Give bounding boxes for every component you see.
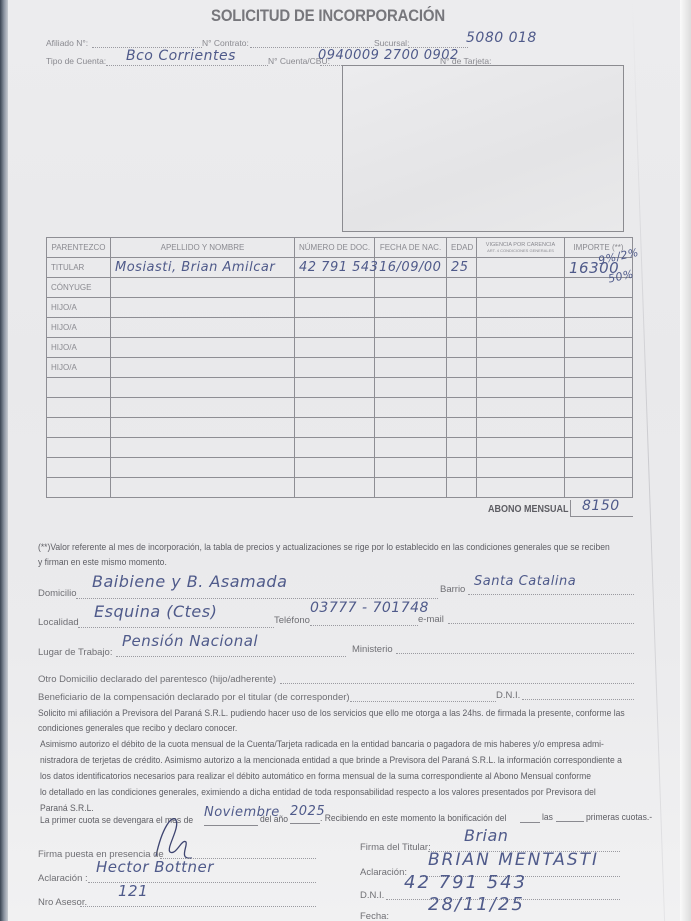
cell-parentezco: HIJO/A <box>47 298 111 318</box>
cell-edad[interactable] <box>447 338 477 358</box>
edad-value: 25 <box>451 260 469 275</box>
footnote-line-1: (**)Valor referente al mes de incorporac… <box>38 540 610 555</box>
cell-fecha-nac[interactable] <box>375 298 447 318</box>
email-label: e-mail <box>418 614 444 625</box>
trabajo-value: Pensión Nacional <box>122 632 258 650</box>
bonif-field[interactable] <box>520 822 540 823</box>
cell-vigencia[interactable] <box>477 438 565 458</box>
cell-nombre[interactable]: Mosiasti, Brian Amilcar <box>111 258 295 278</box>
afiliado-label: Afiliado N°: <box>46 38 88 48</box>
cell-vigencia[interactable] <box>477 358 565 378</box>
cell-nombre[interactable] <box>111 438 295 458</box>
paper-fold <box>632 0 665 921</box>
cell-fecha-nac[interactable] <box>375 358 447 378</box>
cell-fecha-nac[interactable] <box>375 438 447 458</box>
localidad-field[interactable] <box>78 627 274 628</box>
photo-box <box>342 65 624 232</box>
cell-importe[interactable] <box>565 398 633 418</box>
localidad-label: Localidad <box>38 617 79 628</box>
cell-vigencia[interactable] <box>477 338 565 358</box>
col-edad: EDAD <box>447 238 477 258</box>
fecha-nac-value: 16/09/00 <box>379 260 441 275</box>
titular-dni-value: 42 791 543 <box>404 872 527 893</box>
cell-fecha-nac[interactable]: 16/09/00 <box>375 258 447 278</box>
legal-line-1: Solicito mi afiliación a Previsora del P… <box>38 706 625 721</box>
cell-doc[interactable] <box>295 338 375 358</box>
cell-edad[interactable] <box>447 358 477 378</box>
parentezco-value: HIJO/A <box>51 323 77 332</box>
cell-nombre[interactable] <box>111 378 295 398</box>
cell-nombre[interactable] <box>111 338 295 358</box>
cell-parentezco: HIJO/A <box>47 358 111 378</box>
col-vigencia: VIGENCIA POR CARENCIA ART. 4 CONDICIONES… <box>477 238 565 258</box>
beneficiario-label: Beneficiario de la compensación declarad… <box>38 692 350 703</box>
aclaracion-titular-value: BRIAN MENTASTI <box>428 850 599 870</box>
email-field[interactable] <box>448 623 634 624</box>
tipo-cuenta-value: Bco Corrientes <box>126 48 236 64</box>
cell-edad[interactable] <box>447 318 477 338</box>
fecha-label: Fecha: <box>360 911 389 921</box>
las-field[interactable] <box>556 821 584 822</box>
parentezco-value: HIJO/A <box>51 343 77 352</box>
first-fee-year-field[interactable] <box>290 823 320 824</box>
cell-edad[interactable] <box>447 278 477 298</box>
domicilio-label: Domicilio <box>38 588 77 599</box>
cell-doc[interactable] <box>295 458 375 478</box>
cell-doc[interactable] <box>295 358 375 378</box>
sucursal-label: Sucursal: <box>374 38 409 48</box>
legal-line-6: lo detallado en las condiciones generale… <box>40 785 596 800</box>
first-fee-month-field[interactable] <box>204 825 258 826</box>
col-fecha-nac: FECHA DE NAC. <box>375 238 447 258</box>
cell-doc[interactable] <box>295 298 375 318</box>
telefono-field[interactable] <box>310 625 418 626</box>
cell-fecha-nac[interactable] <box>375 458 447 478</box>
cell-importe[interactable] <box>565 478 633 498</box>
cell-importe[interactable] <box>565 298 633 318</box>
table-row: HIJO/A <box>47 358 633 378</box>
cell-nombre[interactable] <box>111 398 295 418</box>
members-table-body: TITULARMosiasti, Brian Amilcar42 791 543… <box>47 258 633 498</box>
table-row <box>47 418 633 438</box>
sucursal-value: 5080 018 <box>466 30 537 46</box>
cell-vigencia[interactable] <box>477 418 565 438</box>
trabajo-label: Lugar de Trabajo: <box>38 647 112 658</box>
cell-nombre[interactable] <box>111 478 295 498</box>
cell-edad[interactable] <box>447 378 477 398</box>
legal-line-4: nistradora de terjetas de crédito. Asimi… <box>40 753 622 768</box>
cell-parentezco <box>47 478 111 498</box>
table-row <box>47 398 633 418</box>
cell-nombre[interactable] <box>111 278 295 298</box>
barrio-label: Barrio <box>440 584 465 595</box>
first-fee-suffix: primeras cuotas.- <box>586 810 652 825</box>
las-label: las <box>542 810 553 825</box>
table-row <box>47 378 633 398</box>
table-row: HIJO/A <box>47 298 633 318</box>
table-row: HIJO/A <box>47 318 633 338</box>
cell-importe[interactable] <box>565 378 633 398</box>
cell-parentezco <box>47 418 111 438</box>
cell-vigencia[interactable] <box>477 298 565 318</box>
barrio-value: Santa Catalina <box>474 574 576 589</box>
first-fee-year-label: del año <box>260 812 288 827</box>
table-row <box>47 458 633 478</box>
ministerio-field[interactable] <box>396 653 634 654</box>
cell-fecha-nac[interactable] <box>375 318 447 338</box>
cell-importe[interactable] <box>565 338 633 358</box>
cell-fecha-nac[interactable] <box>375 418 447 438</box>
trabajo-field[interactable] <box>116 656 346 657</box>
otro-domicilio-label: Otro Domicilio declarado del parentesco … <box>38 674 276 685</box>
col-doc: NÚMERO DE DOC. <box>295 238 375 258</box>
cell-importe[interactable] <box>565 438 633 458</box>
telefono-value: 03777 - 701748 <box>310 600 429 616</box>
members-table: PARENTEZCO APELLIDO Y NOMBRE NÚMERO DE D… <box>46 237 633 498</box>
table-row: TITULARMosiasti, Brian Amilcar42 791 543… <box>47 258 633 278</box>
cell-fecha-nac[interactable] <box>375 378 447 398</box>
cell-parentezco <box>47 378 111 398</box>
cell-importe[interactable] <box>565 318 633 338</box>
cell-vigencia[interactable] <box>477 378 565 398</box>
footnote-line-2: y firman en este mismo momento. <box>38 555 167 570</box>
cell-fecha-nac[interactable] <box>375 338 447 358</box>
cell-importe[interactable] <box>565 358 633 378</box>
domicilio-value: Baibiene y B. Asamada <box>92 572 287 591</box>
first-fee-bonif-text: . Recibiendo en este momento la bonifica… <box>320 811 506 826</box>
cell-edad[interactable]: 25 <box>447 258 477 278</box>
doc-value: 42 791 543 <box>299 260 378 275</box>
cell-vigencia[interactable] <box>477 318 565 338</box>
telefono-label: Teléfono <box>274 615 310 626</box>
cell-nombre[interactable] <box>111 458 295 478</box>
members-table-header: PARENTEZCO APELLIDO Y NOMBRE NÚMERO DE D… <box>47 238 633 258</box>
cell-parentezco <box>47 398 111 418</box>
fecha-value: 28/11/25 <box>428 894 525 915</box>
beneficiario-dni-label: D.N.I. <box>496 690 520 701</box>
cell-edad[interactable] <box>447 458 477 478</box>
cell-vigencia[interactable] <box>477 478 565 498</box>
table-row: HIJO/A <box>47 338 633 358</box>
asesor-field[interactable] <box>80 906 316 907</box>
cell-edad[interactable] <box>447 438 477 458</box>
cell-importe[interactable] <box>565 418 633 438</box>
cell-edad[interactable] <box>447 418 477 438</box>
barrio-field[interactable] <box>468 594 634 595</box>
cell-vigencia[interactable] <box>477 458 565 478</box>
abono-mensual-value: 8150 <box>582 498 620 514</box>
col-vigencia-title: VIGENCIA POR CARENCIA <box>481 242 560 248</box>
asesor-value: 121 <box>118 882 148 900</box>
cell-doc[interactable] <box>295 478 375 498</box>
abono-mensual-label: ABONO MENSUAL <box>488 504 569 515</box>
form-page: SOLICITUD DE INCORPORACIÓN Afiliado N°: … <box>8 0 680 921</box>
parentezco-value: TITULAR <box>51 263 84 272</box>
cell-parentezco: CÓNYUGE <box>47 278 111 298</box>
aclaracion-asesor-label: Aclaración : <box>38 873 88 884</box>
table-row: CÓNYUGE <box>47 278 633 298</box>
ministerio-label: Ministerio <box>352 644 393 655</box>
cell-vigencia[interactable] <box>477 278 565 298</box>
cell-parentezco <box>47 458 111 478</box>
aclaracion-titular-label: Aclaración: <box>360 867 407 878</box>
firma-titular-label: Firma del Titular: <box>360 842 431 853</box>
cell-edad[interactable] <box>447 398 477 418</box>
beneficiario-dni-field[interactable] <box>522 699 634 700</box>
cell-nombre[interactable] <box>111 298 295 318</box>
cell-doc[interactable]: 42 791 543 <box>295 258 375 278</box>
legal-line-3: Asimismo autorizo el débito de la cuota … <box>40 737 604 752</box>
cell-doc[interactable] <box>295 278 375 298</box>
cell-doc[interactable] <box>295 398 375 418</box>
otro-domicilio-field[interactable] <box>280 683 634 684</box>
cell-importe[interactable] <box>565 458 633 478</box>
cell-vigencia[interactable] <box>477 398 565 418</box>
col-nombre: APELLIDO Y NOMBRE <box>111 238 295 258</box>
parentezco-value: CÓNYUGE <box>51 283 91 292</box>
cell-vigencia[interactable] <box>477 258 565 278</box>
cell-parentezco: HIJO/A <box>47 338 111 358</box>
cell-doc[interactable] <box>295 318 375 338</box>
firma-titular-value: Brian <box>464 826 508 845</box>
domicilio-field[interactable] <box>76 598 438 599</box>
aclaracion-asesor-value: Hector Bottner <box>96 858 214 876</box>
legal-line-2: condiciones generales que recibo y decla… <box>38 721 237 736</box>
contrato-label: N° Contrato: <box>202 38 249 48</box>
form-title: SOLICITUD DE INCORPORACIÓN <box>46 6 609 26</box>
localidad-value: Esquina (Ctes) <box>94 602 217 621</box>
col-parentezco: PARENTEZCO <box>47 238 111 258</box>
cell-nombre[interactable] <box>111 418 295 438</box>
tipo-cuenta-label: Tipo de Cuenta: <box>46 56 106 66</box>
parentezco-value: HIJO/A <box>51 363 77 372</box>
tipo-cuenta-field[interactable] <box>106 65 268 66</box>
cell-nombre[interactable] <box>111 318 295 338</box>
cell-doc[interactable] <box>295 438 375 458</box>
cell-doc[interactable] <box>295 378 375 398</box>
cell-parentezco: TITULAR <box>47 258 111 278</box>
table-row <box>47 478 633 498</box>
legal-line-5: los datos identificatorios necesarios pa… <box>40 769 591 784</box>
cell-fecha-nac[interactable] <box>375 478 447 498</box>
cell-doc[interactable] <box>295 418 375 438</box>
beneficiario-field[interactable] <box>350 701 496 702</box>
cell-edad[interactable] <box>447 298 477 318</box>
table-row <box>47 438 633 458</box>
cell-fecha-nac[interactable] <box>375 278 447 298</box>
cell-fecha-nac[interactable] <box>375 398 447 418</box>
cell-parentezco: HIJO/A <box>47 318 111 338</box>
cell-nombre[interactable] <box>111 358 295 378</box>
col-vigencia-subtitle: ART. 4 CONDICIONES GENERALES <box>481 248 560 254</box>
nombre-value: Mosiasti, Brian Amilcar <box>115 260 275 275</box>
cell-edad[interactable] <box>447 478 477 498</box>
titular-dni-label: D.N.I. <box>360 890 384 901</box>
parentezco-value: HIJO/A <box>51 303 77 312</box>
cell-parentezco <box>47 438 111 458</box>
cuenta-cbu-value: 0940009 2700 0902 <box>318 48 459 63</box>
